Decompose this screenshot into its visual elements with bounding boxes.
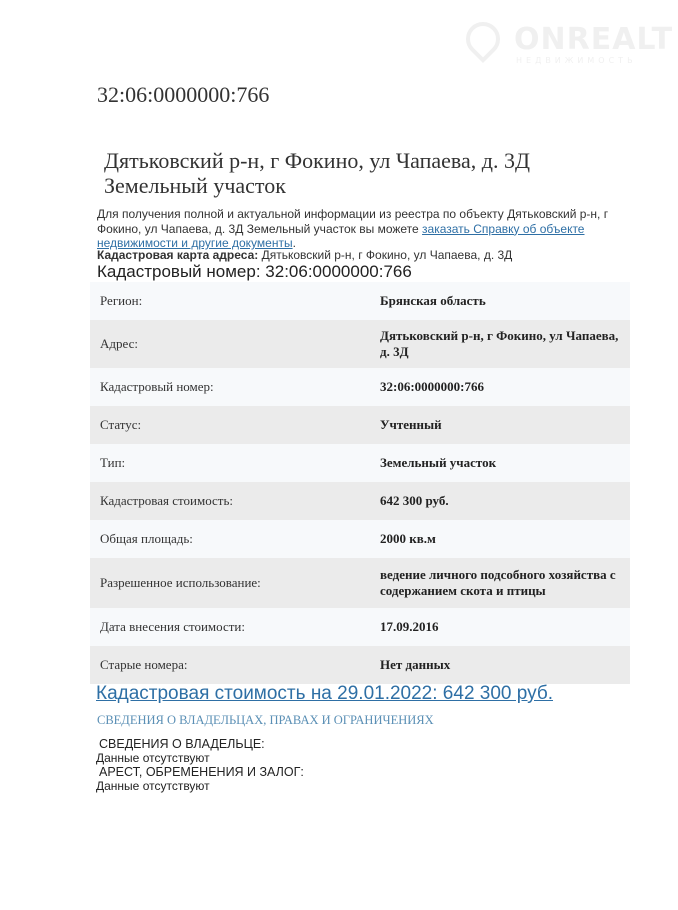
- field-label: Кадастровая стоимость:: [90, 482, 370, 520]
- field-value: Брянская область: [370, 282, 630, 320]
- object-heading: Дятьковский р-н, г Фокино, ул Чапаева, д…: [104, 148, 530, 198]
- encumbrance-label: АРЕСТ, ОБРЕМЕНЕНИЯ И ЗАЛОГ:: [96, 765, 304, 779]
- owners-section: СВЕДЕНИЯ О ВЛАДЕЛЬЦЕ: Данные отсутствуют…: [96, 737, 304, 793]
- table-row: Дата внесения стоимости:17.09.2016: [90, 608, 630, 646]
- field-value: Нет данных: [370, 646, 630, 684]
- cadastral-map-value: Дятьковский р-н, г Фокино, ул Чапаева, д…: [258, 248, 512, 262]
- object-type: Земельный участок: [104, 173, 530, 198]
- table-row: Регион:Брянская область: [90, 282, 630, 320]
- field-value: 2000 кв.м: [370, 520, 630, 558]
- field-value: 642 300 руб.: [370, 482, 630, 520]
- field-value: 17.09.2016: [370, 608, 630, 646]
- table-row: Кадастровый номер:32:06:0000000:766: [90, 368, 630, 406]
- field-label: Кадастровый номер:: [90, 368, 370, 406]
- field-label: Разрешенное использование:: [90, 558, 370, 608]
- page-title-cadastral-number: 32:06:0000000:766: [97, 82, 269, 108]
- cadastral-number-line: Кадастровый номер: 32:06:0000000:766: [97, 262, 412, 282]
- onrealt-logo: ONREALT НЕДВИЖИМОСТЬ: [466, 20, 666, 70]
- owners-heading: СВЕДЕНИЯ О ВЛАДЕЛЬЦАХ, ПРАВАХ И ОГРАНИЧЕ…: [97, 713, 434, 728]
- table-row: Адрес:Дятьковский р-н, г Фокино, ул Чапа…: [90, 320, 630, 368]
- owner-value: Данные отсутствуют: [96, 751, 304, 765]
- table-row: Статус:Учтенный: [90, 406, 630, 444]
- table-row: Разрешенное использование:ведение личног…: [90, 558, 630, 608]
- field-label: Регион:: [90, 282, 370, 320]
- field-label: Дата внесения стоимости:: [90, 608, 370, 646]
- field-label: Статус:: [90, 406, 370, 444]
- table-row: Старые номера:Нет данных: [90, 646, 630, 684]
- logo-subtitle: НЕДВИЖИМОСТЬ: [516, 56, 637, 65]
- encumbrance-value: Данные отсутствуют: [96, 779, 304, 793]
- field-value: 32:06:0000000:766: [370, 368, 630, 406]
- field-label: Тип:: [90, 444, 370, 482]
- table-row: Тип:Земельный участок: [90, 444, 630, 482]
- field-value: Дятьковский р-н, г Фокино, ул Чапаева, д…: [370, 320, 630, 368]
- cadastral-map-line: Кадастровая карта адреса: Дятьковский р-…: [97, 248, 512, 262]
- field-value: Земельный участок: [370, 444, 630, 482]
- field-label: Старые номера:: [90, 646, 370, 684]
- table-row: Кадастровая стоимость:642 300 руб.: [90, 482, 630, 520]
- property-info-table: Регион:Брянская областьАдрес:Дятьковский…: [90, 282, 630, 684]
- intro-paragraph: Для получения полной и актуальной информ…: [97, 207, 617, 251]
- owner-label: СВЕДЕНИЯ О ВЛАДЕЛЬЦЕ:: [96, 737, 304, 751]
- logo-name: ONREALT: [514, 22, 673, 57]
- field-value: Учтенный: [370, 406, 630, 444]
- cadastral-map-label: Кадастровая карта адреса:: [97, 248, 258, 262]
- cadastral-cost-link[interactable]: Кадастровая стоимость на 29.01.2022: 642…: [96, 683, 553, 705]
- field-value: ведение личного подсобного хозяйства с с…: [370, 558, 630, 608]
- table-row: Общая площадь:2000 кв.м: [90, 520, 630, 558]
- house-pin-icon: [459, 15, 507, 63]
- object-address: Дятьковский р-н, г Фокино, ул Чапаева, д…: [104, 148, 530, 173]
- field-label: Адрес:: [90, 320, 370, 368]
- field-label: Общая площадь:: [90, 520, 370, 558]
